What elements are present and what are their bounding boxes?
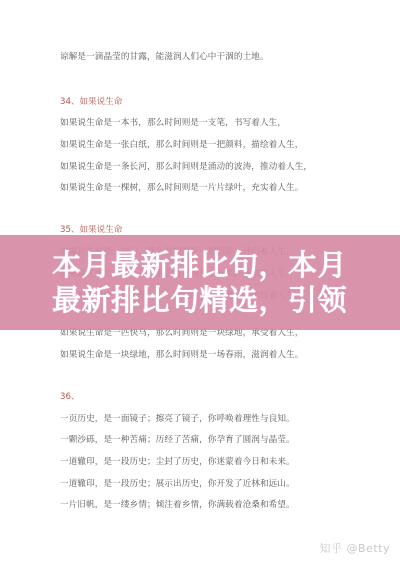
section-35-line-5: 如果说生命是一块绿地，那么时间则是一场春雨，滋润着人生。 — [60, 348, 303, 360]
zhihu-watermark: 知乎 @Betty — [320, 540, 390, 556]
title-banner: 本月最新排比句，本月 最新排比句精选，引领 — [0, 235, 400, 330]
section-heading-35: 35、如果说生命 — [60, 223, 123, 235]
banner-title-line-1: 本月最新排比句，本月 — [52, 248, 352, 282]
section-34-line-4: 如果说生命是一棵树，那么时间则是一片片绿叶，充实着人生。 — [60, 181, 303, 193]
section-36-line-3: 一道辙印，是一段历史；尘封了历史，你迷蒙着今日和未来。 — [60, 455, 295, 467]
section-heading-34: 34、如果说生命 — [60, 95, 123, 107]
section-36-line-1: 一页历史，是一面镜子；擦亮了镜子，你呼唤着理性与良知。 — [60, 412, 295, 424]
intro-line: 谅解是一滴晶莹的甘露，能滋润人们心中干涸的土地。 — [60, 50, 269, 62]
section-36-line-2: 一颗沙砾，是一种苦痛；历经了苦痛，你孕育了圆润与晶莹。 — [60, 433, 295, 445]
section-36-line-4: 一道辙印，是一段历史；展示出历史，你开发了近林和远山。 — [60, 477, 295, 489]
section-36-line-5: 一片旧帆，是一缕乡情；倾注着乡情，你满载着沧桑和希望。 — [60, 498, 295, 510]
banner-title-line-2: 最新排比句精选，引领 — [52, 283, 352, 317]
article-image: 谅解是一滴晶莹的甘露，能滋润人们心中干涸的土地。 34、如果说生命 如果说生命是… — [0, 0, 400, 566]
section-34-line-1: 如果说生命是一本书，那么时间则是一支笔，书写着人生， — [60, 116, 286, 128]
section-heading-36: 36、 — [60, 390, 80, 402]
section-34-line-2: 如果说生命是一张白纸，那么时间则是一把颜料，描绘着人生， — [60, 138, 303, 150]
section-34-line-3: 如果说生命是一条长河，那么时间则是涌动的波涛，推动着人生， — [60, 160, 312, 172]
